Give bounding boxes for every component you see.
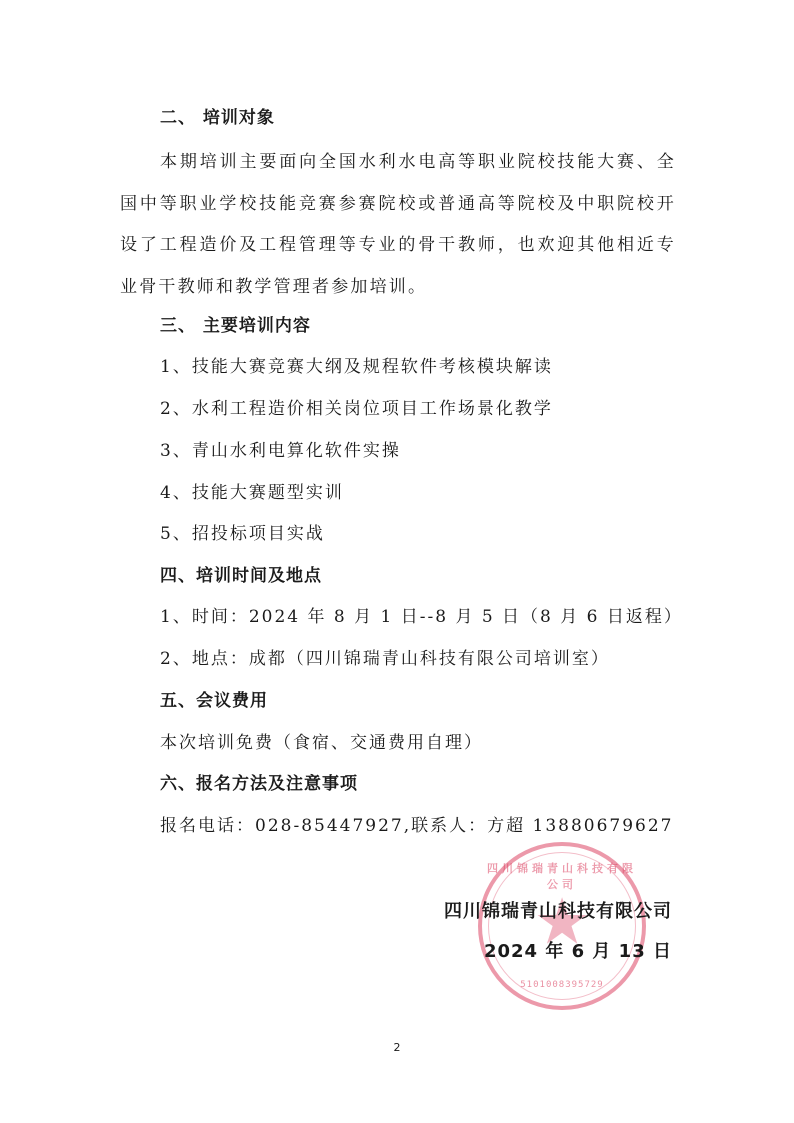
company-seal: 四川锦瑞青山科技有限公司 ★ 5101008395729: [478, 842, 646, 1010]
section-3-heading: 三、 主要培训内容: [160, 314, 311, 338]
signature-date: 2024 年 6 月 13 日: [484, 937, 672, 963]
list-item: 2、地点：成都（四川锦瑞青山科技有限公司培训室）: [160, 647, 610, 671]
list-item: 1、时间：2024 年 8 月 1 日--8 月 5 日（8 月 6 日返程）: [160, 605, 683, 629]
section-2-heading: 二、 培训对象: [160, 106, 275, 130]
list-item: 4、技能大赛题型实训: [160, 481, 344, 505]
list-item: 1、技能大赛竞赛大纲及规程软件考核模块解读: [160, 355, 553, 379]
page-number: 2: [0, 1041, 794, 1054]
section-6-heading: 六、报名方法及注意事项: [160, 772, 358, 796]
document-page: 二、 培训对象 本期培训主要面向全国水利水电高等职业院校技能大赛、全国中等职业学…: [0, 0, 794, 1123]
list-item: 3、青山水利电算化软件实操: [160, 439, 401, 463]
section-5-heading: 五、会议费用: [160, 689, 268, 713]
section-2-paragraph: 本期培训主要面向全国水利水电高等职业院校技能大赛、全国中等职业学校技能竞赛参赛院…: [120, 142, 676, 308]
signature-company: 四川锦瑞青山科技有限公司: [444, 897, 672, 923]
seal-number: 5101008395729: [482, 980, 642, 990]
registration-contact: 报名电话：028-85447927,联系人：方超 13880679627: [160, 814, 674, 838]
fee-text: 本次培训免费（食宿、交通费用自理）: [160, 731, 483, 755]
list-item: 5、招投标项目实战: [160, 522, 325, 546]
section-4-heading: 四、培训时间及地点: [160, 564, 322, 588]
list-item: 2、水利工程造价相关岗位项目工作场景化教学: [160, 397, 553, 421]
